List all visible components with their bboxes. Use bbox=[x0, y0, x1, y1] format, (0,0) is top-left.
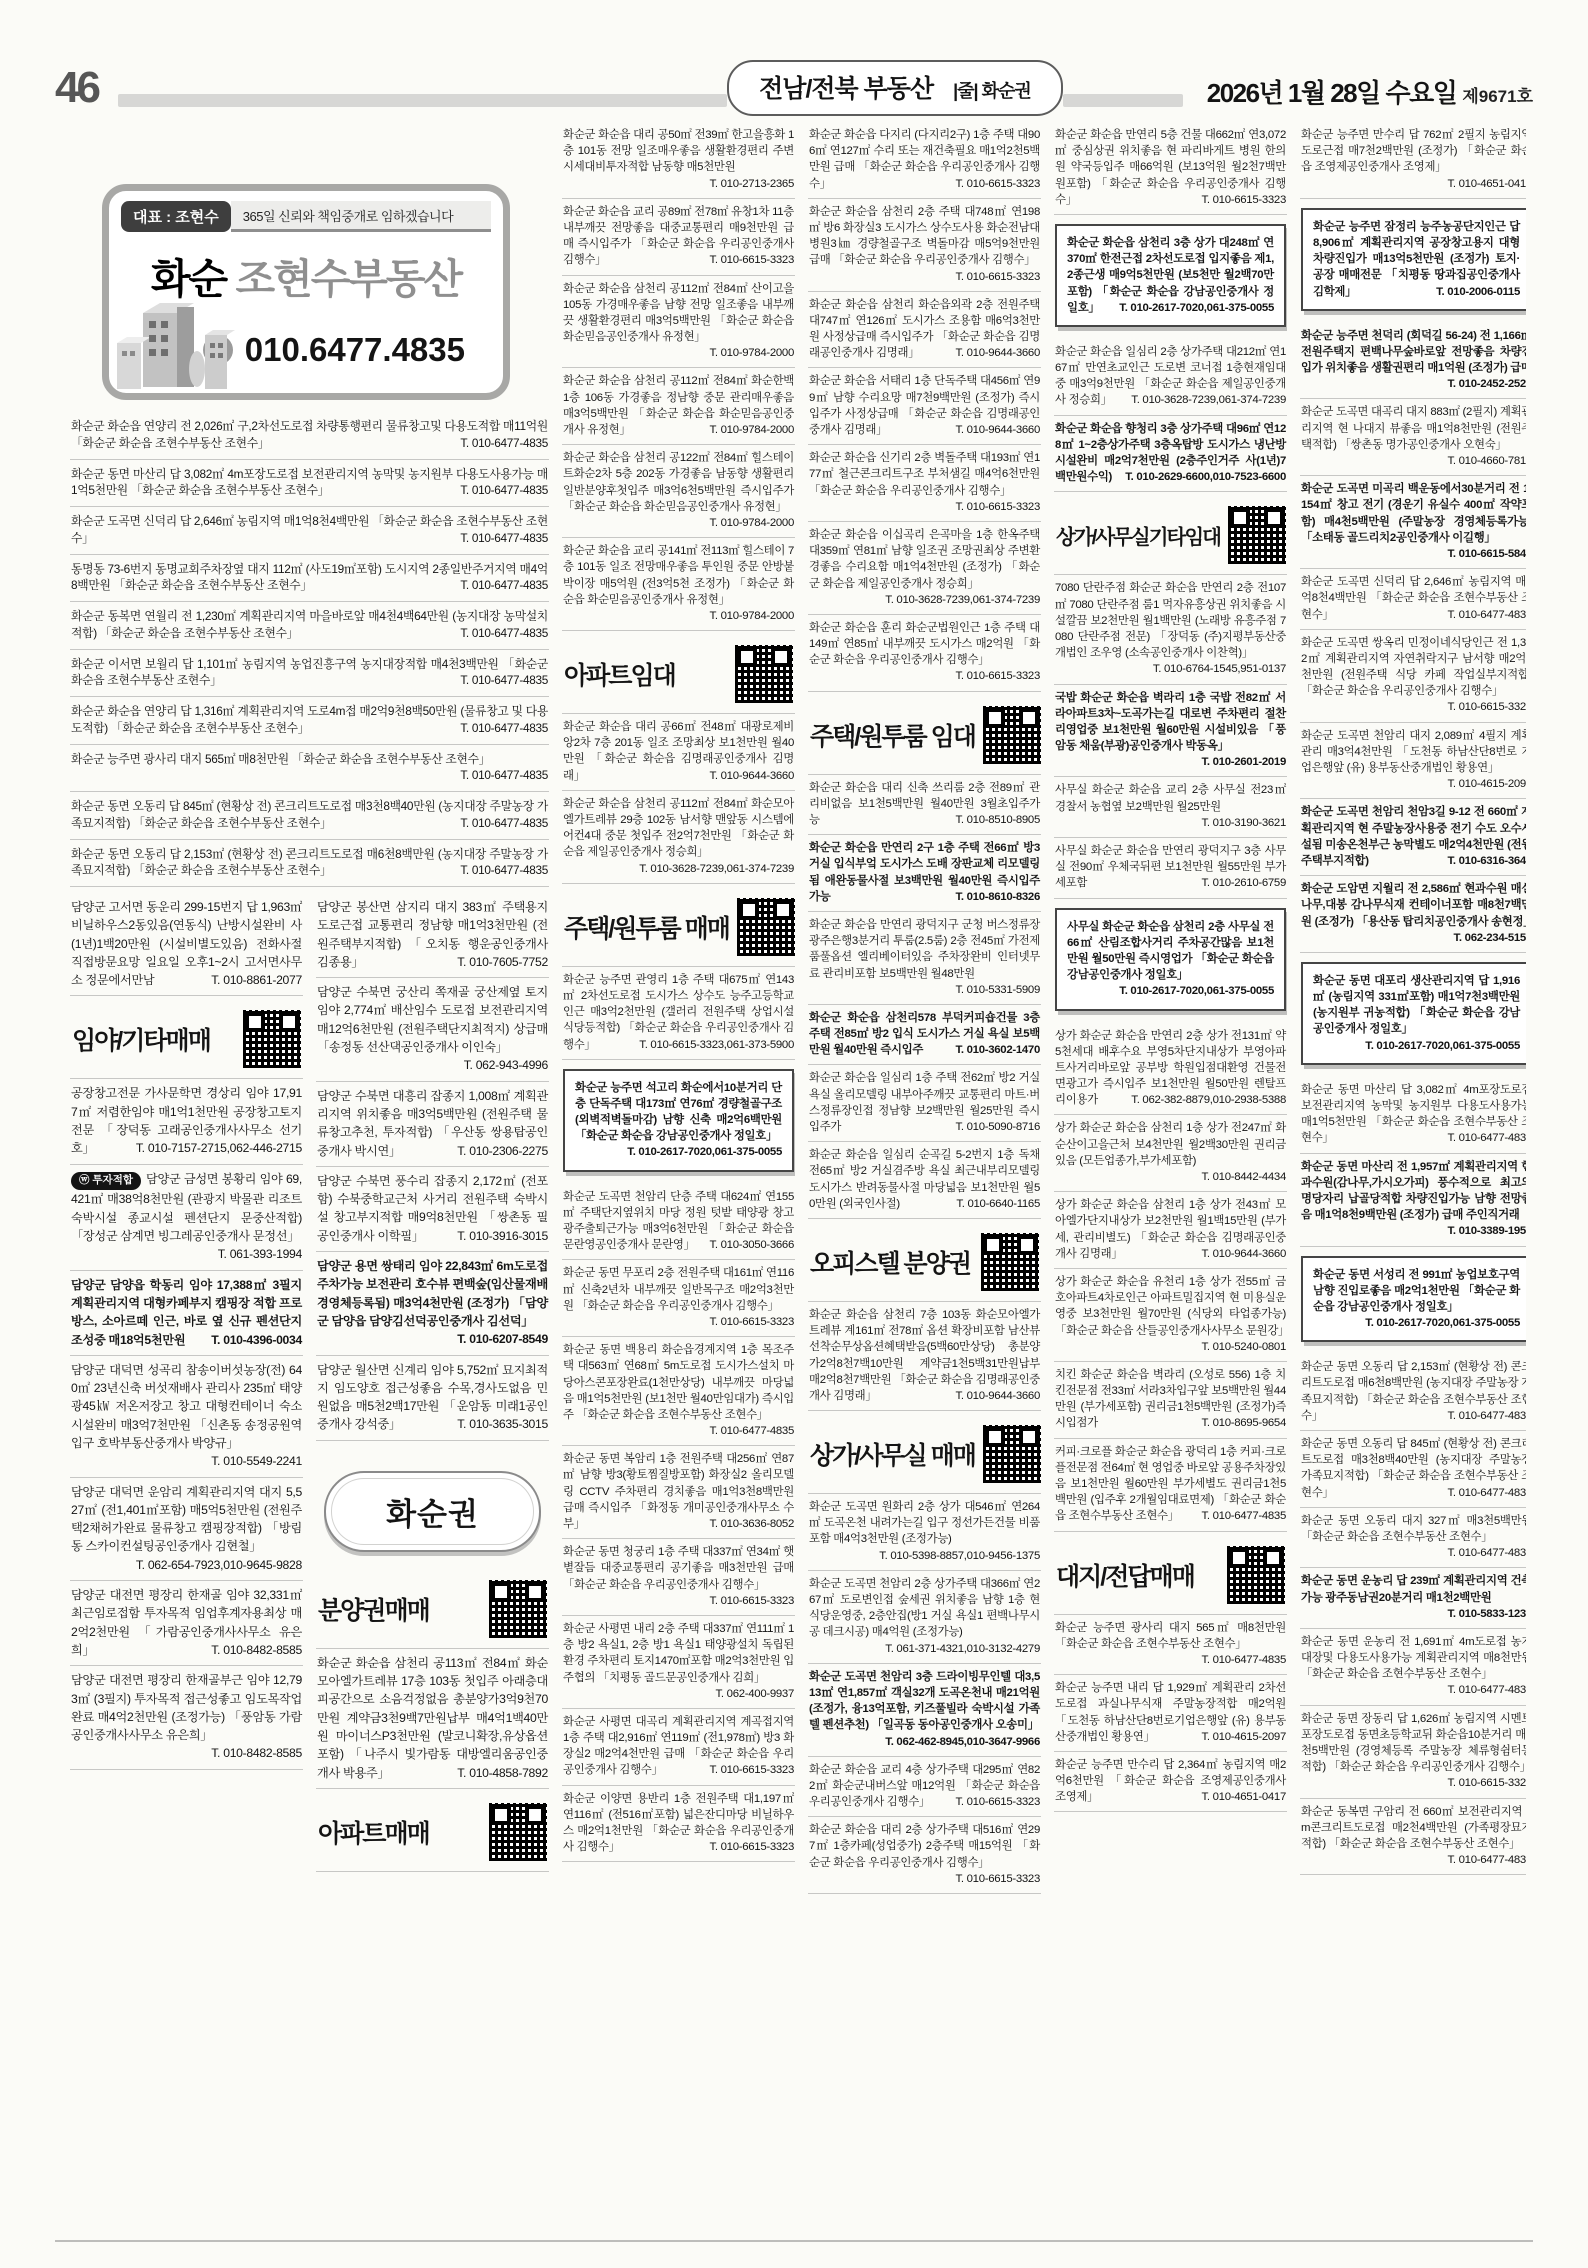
listing-item: 화순군 화순읍 삼천리578 부덕커피숍건물 3층 주택 전85㎡ 방2 입식 … bbox=[808, 1005, 1041, 1066]
listing-item: 공장창고전문 가사문학면 경상리 임야 17,917㎡ 저렴한임야 매1억1천만… bbox=[70, 1079, 303, 1164]
listing-item: 화순군 화순읍 서태리 1층 단독주택 대456㎡ 연99㎡ 남향 수리요망 매… bbox=[808, 368, 1041, 445]
section-title: 아파트임대 bbox=[564, 656, 675, 692]
listing-item: 화순군 도곡면 쌍옥리 민정이네식당인근 전 1,352㎡ 계획관리지역 자연취… bbox=[1300, 630, 1526, 723]
listing-item: 상가 화순군 화순읍 삼천리 1층 상가 전43㎡ 모아엘가단지내상가 보2천만… bbox=[1054, 1192, 1287, 1269]
listing-item: 화순군 이서면 보월리 답 1,101㎡ 농림지역 농업진흥구역 농지대장적합 … bbox=[70, 650, 549, 698]
listing-phone: T. 010-9644-3660 bbox=[956, 422, 1041, 438]
listing-phone: T. 010-6615-3323 bbox=[710, 1762, 795, 1778]
listing-phone: T. 010-6615-3323 bbox=[956, 668, 1041, 684]
listing-text: 화순군 동면 오동리 대지 327㎡ 매3천5백만원 「화순군 화순읍 조현수부… bbox=[1301, 1515, 1526, 1543]
listing-phone: T. 010-8442-4434 bbox=[1202, 1169, 1287, 1185]
listing-item: 화순군 화순읍 일심리 순곡길 5-2번지 1층 독채 전65㎡ 방2 거실겸주… bbox=[808, 1142, 1041, 1219]
listing-phone: T. 010-2306-2275 bbox=[457, 1142, 548, 1160]
listing-item: 화순군 도곡면 천암리 천암3길 9-12 전 660㎡ 계획관리지역 현 주말… bbox=[1300, 799, 1526, 876]
listing-phone: T. 010-3628-7239,061-374-7239 bbox=[1131, 392, 1286, 408]
section-header: 아파트임대 bbox=[562, 631, 795, 714]
listing-item: 담양군 봉산면 삼지리 대지 383㎡ 주택용지 도로근접 교통편리 정남향 매… bbox=[316, 893, 549, 978]
listing-item: 화순군 동면 마산리 답 3,082㎡ 4m포장도로접 보전관리지역 농막및 농… bbox=[70, 460, 549, 508]
listing-item: 화순군 화순읍 일심리 1층 주택 전62㎡ 방2 거실 욕실 올리모델링 내부… bbox=[808, 1065, 1041, 1142]
listing-phone: T. 010-2629-6600,010-7523-6600 bbox=[1125, 469, 1286, 485]
listing-phone: T. 010-5240-0801 bbox=[1202, 1339, 1287, 1355]
listing-text: 화순군 도곡면 대곡리 대지 883㎡ (2필지) 계획관리지역 현 나대지 뷰… bbox=[1301, 406, 1526, 450]
listing-item: 화순군 동면 청궁리 1층 주택 대337㎡ 연34㎡ 햇볕잘듬 대중교통편리 … bbox=[562, 1539, 795, 1616]
listing-phone: T. 010-4660-7817 bbox=[1448, 453, 1527, 469]
listing-item: 화순군 동면 장동리 답 1,626㎡ 농림지역 시멘트포장도로접 동면초등학교… bbox=[1300, 1706, 1526, 1799]
listing-phone: T. 010-5833-1235 bbox=[1448, 1606, 1527, 1622]
listing-phone: T. 010-2601-2019 bbox=[1202, 754, 1287, 770]
listing-phone: T. 010-9784-2000 bbox=[710, 515, 795, 531]
listing-text: 화순군 화순읍 교리 공141㎡ 전113㎡ 힐스테이 7층 101동 일조 전… bbox=[563, 545, 794, 606]
listing-phone: T. 010-6477-4835 bbox=[1448, 1852, 1527, 1868]
listing-phone: T. 010-5331-5909 bbox=[956, 982, 1041, 998]
agency-ad: 대표 : 조현수 365일 신뢰와 책임중개로 임하겠습니다 화순 조현수부동산… bbox=[102, 184, 510, 400]
listing-phone: T. 010-3190-3621 bbox=[1202, 815, 1287, 831]
listing-text: 화순군 화순읍 훈리 화순군법원인근 1층 주택 대149㎡ 연85㎡ 내부깨끗… bbox=[809, 622, 1040, 666]
listing-item: 화순군 화순읍 삼천리 공112㎡ 전84㎡ 산이고을 105동 가경매우좋음 … bbox=[562, 276, 795, 369]
listing-item: 화순군 동면 대포리 생산관리지역 답 1,916㎡ (농림지역 331㎡포함)… bbox=[1301, 962, 1526, 1065]
listing-item: 화순군 능주면 천덕리 (회덕길 56-24) 전 1,166㎡ 전원주택지 편… bbox=[1300, 323, 1526, 400]
section-header: 아파트매매 bbox=[316, 1789, 549, 1872]
listing-item: 7080 단란주점 화순군 화순읍 만연리 2층 전107㎡ 7080 단란주점… bbox=[1054, 575, 1287, 684]
listing-item: 화순군 화순읍 삼천리 공113㎡ 전84㎡ 화순모아엘가트레뷰 17층 103… bbox=[316, 1649, 549, 1789]
listing-phone: T. 010-6477-4835 bbox=[460, 530, 548, 547]
section-header: 임야/기타매매 bbox=[70, 996, 303, 1079]
listing-item: 화순군 화순읍 삼천리 7층 103동 화순모아엘가트레뷰 계161㎡ 전78㎡… bbox=[808, 1302, 1041, 1411]
listing-item: 화순군 동면 복암리 1층 전원주택 대256㎡ 연87㎡ 남향 방3(황토찜질… bbox=[562, 1446, 795, 1539]
agency-phone: 010.6477.4835 bbox=[245, 331, 465, 369]
listing-phone: T. 010-6477-4835 bbox=[460, 482, 548, 499]
listing-item: 화순군 화순읍 만연리 2구 1층 주택 전66㎡ 방3 거실 입식부엌 도시가… bbox=[808, 835, 1041, 912]
listing-item: 화순군 능주면 만수리 답 2,364㎡ 농림지역 매2억6천만원 「화순군 화… bbox=[1054, 1752, 1287, 1813]
listing-item: 화순군 도곡면 천암리 3층 드라이빙무인텔 대3,513㎡ 연1,857㎡ 객… bbox=[808, 1664, 1041, 1757]
listing-item: 화순군 동면 백용리 화순읍경계지역 1층 목조주택 대563㎡ 연68㎡ 5m… bbox=[562, 1337, 795, 1446]
listing-phone: T. 010-6477-4835 bbox=[460, 625, 548, 642]
listing-item: 동명동 73-6번지 동명교회주차장옆 대지 112㎡ (사도19㎡포함) 도시… bbox=[70, 555, 549, 603]
wide-listing-block: 화순군 화순읍 연양리 전 2,026㎡ 구,2차선도로접 차량통행편리 물류창… bbox=[70, 412, 549, 887]
listing-item: 화순군 화순읍 만연리 광덕지구 군청 버스정류장 광주은행3분거리 투룸(2.… bbox=[808, 912, 1041, 1005]
investment-badge: ⓦ 투자적합 bbox=[71, 1172, 141, 1191]
listing-phone: T. 010-4615-2097 bbox=[1448, 776, 1527, 792]
listing-phone: T. 010-3636-8052 bbox=[710, 1516, 795, 1532]
listing-item: 상가 화순군 화순읍 삼천리 1층 상가 전247㎡ 화순산이고을근처 보4천만… bbox=[1054, 1115, 1287, 1192]
listing-item: 상가 화순군 화순읍 유천리 1층 상가 전55㎡ 금호아파트4차로인근 아파트… bbox=[1054, 1269, 1287, 1362]
listing-item: 화순군 화순읍 삼천리 3층 상가 대248㎡ 연370㎡ 한전근접 2차선도로… bbox=[1055, 224, 1286, 327]
listing-item: 담양군 수북면 궁산리 쪽재골 궁산제옆 토지 임야 2,774㎡ 배산임수 도… bbox=[316, 978, 549, 1081]
listing-item: 화순군 화순읍 대리 공66㎡ 전48㎡ 대광로제비앙2차 7층 201동 일조… bbox=[562, 714, 795, 791]
listing-item: 화순군 동면 오동리 대지 327㎡ 매3천5백만원 「화순군 화순읍 조현수부… bbox=[1300, 1508, 1526, 1569]
listing-item: 화순군 동면 마산리 전 1,957㎡ 계획관리지역 현 과수원(감나무,가시오… bbox=[1300, 1154, 1526, 1247]
listing-phone: T. 010-6477-4835 bbox=[460, 720, 548, 737]
listing-phone: T. 010-9784-2000 bbox=[710, 345, 795, 361]
listing-phone: T. 010-6764-1545,951-0137 bbox=[1153, 661, 1286, 677]
section-title: 대지/전답매매 bbox=[1056, 1557, 1194, 1593]
masthead: 46 전남/전북 부동산 |줄| 화순권 2026년 1월 28일 수요일 제9… bbox=[55, 58, 1533, 110]
listing-phone: T. 010-6477-4835 bbox=[1202, 1508, 1287, 1524]
listing-item: 화순군 도곡면 미곡리 백운동에서30분거리 전 1,154㎡ 창고 전기 (경… bbox=[1300, 476, 1526, 569]
listing-item: 화순군 동면 오동리 답 845㎡ (현황상 전) 콘크리트도로접 매3천8백4… bbox=[1300, 1431, 1526, 1508]
section-header: 대지/전답매매 bbox=[1054, 1532, 1287, 1615]
listing-text: 화순군 능주면 광사리 대지 565㎡ 매8천만원 「화순군 화순읍 조현수부동… bbox=[71, 752, 490, 766]
listing-item: 담양군 고서면 동운리 299-15번지 답 1,963㎡ 비닐하우스2동있음(… bbox=[70, 893, 303, 996]
listing-phone: T. 010-2617-7020,061-375-0055 bbox=[1365, 1038, 1520, 1054]
listing-text: 화순군 화순읍 삼천리 공113㎡ 전84㎡ 화순모아엘가트레뷰 17층 103… bbox=[317, 1656, 548, 1780]
listing-item: 담양군 대전면 평장리 한재골 임야 32,331㎡ 최근임로접함 투자목적 임… bbox=[70, 1581, 303, 1666]
listing-text: 화순군 화순읍 삼천리 2층 주택 대748㎡ 연198㎡ 방6 화장실3 도시… bbox=[809, 206, 1040, 267]
listing-item: 화순군 능주면 내리 답 1,929㎡ 계획관리 2차선도로접 과실나무식재 주… bbox=[1054, 1675, 1287, 1752]
listing-text: 화순군 도곡면 천암리 3층 드라이빙무인텔 대3,513㎡ 연1,857㎡ 객… bbox=[809, 1671, 1040, 1732]
section-title: 상가/사무실기타임대 bbox=[1056, 520, 1220, 550]
masthead-date: 2026년 1월 28일 수요일 제9671호 bbox=[1207, 73, 1533, 110]
listing-item: 화순군 동면 무포리 2층 전원주택 대161㎡ 연116㎡ 신축2년차 내부깨… bbox=[562, 1260, 795, 1337]
listing-item: 화순군 화순읍 삼천리 2층 주택 대748㎡ 연198㎡ 방6 화장실3 도시… bbox=[808, 199, 1041, 292]
listing-text: 상가 화순군 화순읍 유천리 1층 상가 전55㎡ 금호아파트4차로인근 아파트… bbox=[1055, 1276, 1287, 1337]
listing-item: 화순군 능주면 석고리 화순에서10분거리 단층 단독주택 대173㎡ 연76㎡… bbox=[563, 1069, 794, 1172]
listing-phone: T. 010-7605-7752 bbox=[457, 953, 548, 971]
listing-text: 담양군 대덕면 운암리 계획관리지역 대지 5,527㎡ (전1,401㎡포함)… bbox=[71, 1485, 302, 1554]
listing-phone: T. 010-5398-8857,010-9456-1375 bbox=[879, 1548, 1040, 1564]
listing-phone: T. 010-2610-6759 bbox=[1202, 875, 1287, 891]
section-title-box: 전남/전북 부동산 |줄| 화순권 bbox=[727, 60, 1063, 116]
buildings-icon bbox=[113, 295, 241, 391]
listing-phone: T. 010-4396-0034 bbox=[211, 1331, 302, 1349]
listing-text: 7080 단란주점 화순군 화순읍 만연리 2층 전107㎡ 7080 단란주점… bbox=[1055, 582, 1286, 659]
listing-item: 화순군 도암면 지월리 전 2,586㎡ 현과수원 매실나무,대봉 감나무식재 … bbox=[1300, 876, 1526, 953]
listing-phone: T. 061-371-4321,010-3132-4279 bbox=[885, 1641, 1040, 1657]
agency-ceo-label: 대표 : 조현수 bbox=[121, 201, 231, 232]
listing-text: 화순군 동면 마산리 전 1,957㎡ 계획관리지역 현 과수원(감나무,가시오… bbox=[1301, 1161, 1526, 1222]
agency-slogan: 365일 신뢰와 책임중개로 임하겠습니다 bbox=[231, 201, 491, 232]
qr-code-icon bbox=[1228, 506, 1286, 564]
listing-phone: T. 010-6477-4835 bbox=[1448, 1408, 1527, 1424]
paper-section-sub: |줄| 화순권 bbox=[953, 77, 1031, 103]
listing-item: ⓦ 투자적합담양군 금성면 봉황리 임야 69,421㎡ 매38억8천만원 (관… bbox=[70, 1165, 303, 1271]
listing-text: 화순군 능주면 석고리 화순에서10분거리 단층 단독주택 대173㎡ 연76㎡… bbox=[575, 1082, 782, 1143]
listing-phone: T. 010-4858-7892 bbox=[457, 1764, 548, 1782]
listing-phone: T. 010-2452-2527 bbox=[1448, 376, 1527, 392]
listing-text: 화순군 동면 운농리 답 239㎡ 계획관리지역 건축가능 광주동남권20분거리… bbox=[1301, 1575, 1526, 1603]
listing-phone: T. 010-2617-7020,061-375-0055 bbox=[1119, 300, 1274, 316]
column-1-2: 대표 : 조현수 365일 신뢰와 책임중개로 임하겠습니다 화순 조현수부동산… bbox=[70, 122, 549, 2234]
paper-section-title: 전남/전북 부동산 bbox=[759, 69, 933, 105]
left-subcolumns: 담양군 고서면 동운리 299-15번지 답 1,963㎡ 비닐하우스2동있음(… bbox=[70, 893, 549, 1872]
qr-code-icon bbox=[489, 1803, 547, 1861]
listing-phone: T. 010-6477-4835 bbox=[460, 862, 548, 879]
listing-item: 화순군 화순읍 일심리 2층 상가주택 대212㎡ 연167㎡ 만연초교인근 도… bbox=[1054, 339, 1287, 416]
listing-text: 화순군 능주면 광사리 대지 565㎡ 매8천만원 「화순군 화순읍 조현수부동… bbox=[1055, 1622, 1286, 1650]
listing-text: 화순군 도곡면 천암리 2층 상가주택 대366㎡ 연267㎡ 도로변인접 숲세… bbox=[809, 1578, 1040, 1639]
listing-text: 화순군 화순읍 이십곡리 은곡마을 1층 한옥주택 대359㎡ 연81㎡ 남향 … bbox=[809, 529, 1040, 590]
listing-phone: T. 010-6615-3323 bbox=[1448, 1775, 1527, 1791]
listing-phone: T. 010-6477-4835 bbox=[460, 815, 548, 832]
listing-item: 사무실 화순군 화순읍 삼천리 2층 사무실 전66㎡ 산림조합사거리 주차공간… bbox=[1055, 908, 1286, 1011]
listing-item: 화순군 도곡면 대곡리 대지 883㎡ (2필지) 계획관리지역 현 나대지 뷰… bbox=[1300, 399, 1526, 476]
listing-phone: T. 010-6615-3323 bbox=[710, 1839, 795, 1855]
listing-item: 화순군 화순읍 삼천리 화순읍외곽 2층 전원주택 대747㎡ 연126㎡ 도시… bbox=[808, 292, 1041, 369]
listing-phone: T. 010-8482-8585 bbox=[211, 1744, 302, 1762]
listing-item: 화순군 도곡면 천암리 단층 주택 대624㎡ 연155㎡ 주택단지옆위치 마당… bbox=[562, 1184, 795, 1261]
listing-item: 화순군 화순읍 훈리 화순군법원인근 1층 주택 대149㎡ 연85㎡ 내부깨끗… bbox=[808, 615, 1041, 692]
listing-text: 화순군 도곡면 미곡리 백운동에서30분거리 전 1,154㎡ 창고 전기 (경… bbox=[1301, 483, 1526, 544]
listing-phone: T. 010-9644-3660 bbox=[956, 345, 1041, 361]
listing-phone: T. 062-462-8945,010-3647-9966 bbox=[885, 1734, 1040, 1750]
listing-item: 화순군 화순읍 교리 공89㎡ 전78㎡ 유창1차 11층 내부깨끗 전망좋음 … bbox=[562, 199, 795, 276]
listing-item: 화순군 능주면 잠정리 능주농공단지인근 답 8,906㎡ 계획관리지역 공장창… bbox=[1301, 208, 1526, 311]
listing-phone: T. 010-6477-4835 bbox=[1448, 607, 1527, 623]
listing-text: 화순군 능주면 천덕리 (회덕길 56-24) 전 1,166㎡ 전원주택지 편… bbox=[1301, 330, 1526, 374]
listing-text: 담양군 수북면 궁산리 쪽재골 궁산제옆 토지 임야 2,774㎡ 배산임수 도… bbox=[317, 985, 548, 1054]
bottom-rule bbox=[55, 2240, 1533, 2242]
listing-text: 화순군 화순읍 삼천리 공122㎡ 전84㎡ 힐스테이트화순2차 5층 202동… bbox=[563, 452, 794, 513]
column-5: 화순군 화순읍 만연리 5층 건물 대662㎡ 연3,072㎡ 중심상권 위치좋… bbox=[1054, 122, 1287, 2234]
listing-item: 담양군 대덕면 성곡리 참송이버섯농장(전) 640㎡ 23년신축 버섯재배사 … bbox=[70, 1356, 303, 1478]
listing-phone: T. 010-9644-3660 bbox=[710, 768, 795, 784]
listing-phone: T. 010-2006-0115 bbox=[1436, 284, 1520, 300]
listing-item: 화순군 능주면 광사리 대지 565㎡ 매8천만원 「화순군 화순읍 조현수부동… bbox=[1054, 1615, 1287, 1676]
listing-item: 담양군 용면 쌍태리 임야 22,843㎡ 6m도로접 주차가능 보전관리 호수… bbox=[316, 1252, 549, 1355]
listing-item: 화순군 화순읍 대리 공50㎡ 전39㎡ 한고을흥화 1층 101동 전망 일조… bbox=[562, 122, 795, 199]
listing-item: 화순군 도곡면 원화리 2층 상가 대546㎡ 연264㎡ 도곡온천 내려가는길… bbox=[808, 1494, 1041, 1571]
listing-text: 화순군 도곡면 원화리 2층 상가 대546㎡ 연264㎡ 도곡온천 내려가는길… bbox=[809, 1501, 1040, 1545]
listing-phone: T. 010-6640-1165 bbox=[956, 1196, 1040, 1212]
listing-phone: T. 010-6615-3323 bbox=[710, 1314, 795, 1330]
section-title: 상가/사무실 매매 bbox=[810, 1436, 975, 1472]
qr-code-icon bbox=[489, 1580, 547, 1638]
listing-phone: T. 010-6615-3323 bbox=[710, 1593, 795, 1609]
listing-phone: T. 010-6477-4835 bbox=[1202, 1652, 1287, 1668]
listing-phone: T. 010-9784-2000 bbox=[710, 608, 795, 624]
listing-item: 화순군 동면 마산리 답 3,082㎡ 4m포장도로접 보전관리지역 농막및 농… bbox=[1300, 1077, 1526, 1154]
listing-phone: T. 010-3628-7239,061-374-7239 bbox=[639, 861, 794, 877]
section-header: 분양권매매 bbox=[316, 1566, 549, 1649]
section-title: 주택/원투룸 임대 bbox=[810, 717, 975, 753]
listing-item: 화순군 화순읍 연양리 답 1,316㎡ 계획관리지역 도로4m접 매2억9천8… bbox=[70, 697, 549, 745]
listing-phone: T. 010-4615-2097 bbox=[1202, 1729, 1287, 1745]
listing-phone: T. 010-6615-3323,061-373-5900 bbox=[639, 1037, 794, 1053]
listing-phone: T. 010-5090-8716 bbox=[956, 1119, 1041, 1135]
listing-phone: T. 010-3635-3015 bbox=[457, 1415, 548, 1433]
listing-phone: T. 010-8861-2077 bbox=[211, 971, 302, 989]
listing-item: 담양군 수북면 풍수리 잡종지 2,172㎡ (전포함) 수북중학교근처 사거리… bbox=[316, 1167, 549, 1252]
agency-ad-header: 대표 : 조현수 365일 신뢰와 책임중개로 임하겠습니다 bbox=[121, 201, 491, 232]
listing-phone: T. 010-4651-0417 bbox=[1202, 1789, 1287, 1805]
section-title: 주택/원투룸 매매 bbox=[564, 909, 729, 945]
listing-text: 화순군 도곡면 천암리 대지 2,089㎡ 4필지 계획관리 매3억4천만원 「… bbox=[1301, 730, 1526, 774]
listing-phone: T. 010-2617-7020,061-375-0055 bbox=[627, 1144, 782, 1160]
listing-text: 화순군 화순읍 대리 2층 상가주택 대516㎡ 연297㎡ 1층카페(성업중가… bbox=[809, 1824, 1040, 1868]
listing-phone: T. 010-3628-7239,061-374-7239 bbox=[885, 592, 1040, 608]
region-pill: 화순권 bbox=[324, 1471, 541, 1552]
section-header: 주택/원투룸 임대 bbox=[808, 692, 1041, 775]
column-3: 화순군 화순읍 대리 공50㎡ 전39㎡ 한고을흥화 1층 101동 전망 일조… bbox=[562, 122, 795, 2234]
listing-text: 화순군 화순읍 삼천리 공112㎡ 전84㎡ 산이고을 105동 가경매우좋음 … bbox=[563, 283, 794, 344]
listing-item: 화순군 동면 오동리 답 2,153㎡ (현황상 전) 콘크리트도로접 매6천8… bbox=[1300, 1354, 1526, 1431]
column-6: 화순군 능주면 만수리 답 762㎡ 2필지 농림지역 도로근접 매7천2백만원… bbox=[1300, 122, 1526, 2234]
listing-text: 국밥 화순군 화순읍 벽라리 1층 국밥 전82㎡ 서라아파트3차~도곡가는길 … bbox=[1055, 692, 1286, 753]
listing-phone: T. 010-6316-3646 bbox=[1448, 853, 1527, 869]
section-title: 분양권매매 bbox=[318, 1591, 429, 1627]
column-1: 담양군 고서면 동운리 299-15번지 답 1,963㎡ 비닐하우스2동있음(… bbox=[70, 893, 303, 1872]
listing-text: 화순군 도곡면 쌍옥리 민정이네식당인근 전 1,352㎡ 계획관리지역 자연취… bbox=[1301, 637, 1526, 698]
masthead-bar-right bbox=[1063, 94, 1183, 107]
listing-phone: T. 010-6615-3323 bbox=[710, 252, 795, 268]
listing-item: 담양군 담양읍 학동리 임야 17,388㎡ 3필지 계획관리지역 대형카페부지… bbox=[70, 1271, 303, 1356]
listing-phone: T. 010-9644-3660 bbox=[1202, 1246, 1287, 1262]
column-2: 담양군 봉산면 삼지리 대지 383㎡ 주택용지 도로근접 교통편리 정남향 매… bbox=[316, 893, 549, 1872]
listing-phone: T. 010-4651-0417 bbox=[1448, 176, 1527, 192]
listing-item: 담양군 대덕면 운암리 계획관리지역 대지 5,527㎡ (전1,401㎡포함)… bbox=[70, 1478, 303, 1581]
listing-text: 담양군 대전면 평장리 한재골부근 임야 12,793㎡ (3필지) 투자목적 … bbox=[71, 1673, 302, 1742]
section-header: 오피스텔 분양권 bbox=[808, 1219, 1041, 1302]
listing-text: 화순군 도암면 지월리 전 2,586㎡ 현과수원 매실나무,대봉 감나무식재 … bbox=[1301, 883, 1526, 927]
qr-code-icon bbox=[243, 1010, 301, 1068]
listing-text: 화순군 사평면 내리 2층 주택 대337㎡ 연111㎡ 1층 방2 욕실1, … bbox=[563, 1623, 794, 1684]
listing-item: 화순군 화순읍 다지리 (다지리2구) 1층 주택 대906㎡ 연127㎡ 수리… bbox=[808, 122, 1041, 199]
listing-item: 화순군 능주면 광사리 대지 565㎡ 매8천만원 「화순군 화순읍 조현수부동… bbox=[70, 745, 549, 793]
listing-phone: T. 010-6615-3323 bbox=[1448, 699, 1527, 715]
listing-phone: T. 010-6477-4835 bbox=[1448, 1130, 1527, 1146]
qr-code-icon bbox=[981, 1233, 1039, 1291]
qr-code-icon bbox=[983, 706, 1041, 764]
listing-text: 담양군 용면 쌍태리 임야 22,843㎡ 6m도로접 주차가능 보전관리 호수… bbox=[317, 1259, 548, 1328]
listing-text: 사무실 화순군 화순읍 교리 2층 사무실 전23㎡ 경찰서 농협옆 보2백만원… bbox=[1055, 784, 1286, 812]
section-header: 상가/사무실기타임대 bbox=[1054, 492, 1287, 575]
listing-item: 담양군 월산면 신계리 임야 5,752㎡ 묘지최적지 임도양호 접근성좋음 수… bbox=[316, 1356, 549, 1441]
qr-code-icon bbox=[735, 645, 793, 703]
listing-phone: T. 010-6615-5846 bbox=[1448, 546, 1527, 562]
listing-phone: T. 010-6477-4835 bbox=[460, 435, 548, 452]
listing-item: 상가 화순군 화순읍 만연리 2층 상가 전131㎡ 약5천세대 배후수요 부영… bbox=[1054, 1023, 1287, 1116]
listing-phone: T. 010-6477-4835 bbox=[710, 1423, 795, 1439]
listing-phone: T. 010-3389-1959 bbox=[1448, 1223, 1527, 1239]
listing-item: 화순군 화순읍 교리 4층 상가주택 대295㎡ 연822㎡ 화순군내버스앞 매… bbox=[808, 1757, 1041, 1818]
listing-phone: T. 010-6477-4835 bbox=[460, 672, 548, 689]
listing-text: 화순군 동면 운농리 전 1,691㎡ 4m도로접 농지대장및 다용도사용가능 … bbox=[1301, 1636, 1526, 1680]
listing-text: 화순군 동복면 구암리 전 660㎡ 보전관리지역 4m콘크리트도로접 매2천4… bbox=[1301, 1806, 1526, 1850]
listing-item: 화순군 동면 운농리 답 239㎡ 계획관리지역 건축가능 광주동남권20분거리… bbox=[1300, 1568, 1526, 1629]
listing-phone: T. 010-3050-3666 bbox=[710, 1237, 795, 1253]
listing-item: 화순군 도곡면 신덕리 답 2,646㎡ 농림지역 매1억8천4백만원 「화순군… bbox=[1300, 569, 1526, 630]
listing-item: 화순군 도곡면 천암리 2층 상가주택 대366㎡ 연267㎡ 도로변인접 숲세… bbox=[808, 1571, 1041, 1664]
listing-item: 화순군 화순읍 교리 공141㎡ 전113㎡ 힐스테이 7층 101동 일조 전… bbox=[562, 538, 795, 631]
listing-phone: T. 010-6477-4835 bbox=[460, 767, 548, 784]
listing-item: 화순군 화순읍 연양리 전 2,026㎡ 구,2차선도로접 차량통행편리 물류창… bbox=[70, 412, 549, 460]
listing-item: 화순군 동면 운농리 전 1,691㎡ 4m도로접 농지대장및 다용도사용가능 … bbox=[1300, 1629, 1526, 1706]
listing-phone: T. 062-654-7923,010-9645-9828 bbox=[136, 1556, 302, 1574]
listing-item: 화순군 도곡면 신덕리 답 2,646㎡ 농림지역 매1억8천4백만원 「화순군… bbox=[70, 507, 549, 555]
listing-phone: T. 062-234-5154 bbox=[1454, 930, 1526, 946]
qr-code-icon bbox=[983, 1425, 1041, 1483]
listing-text: 화순군 동면 무포리 2층 전원주택 대161㎡ 연116㎡ 신축2년차 내부깨… bbox=[563, 1267, 794, 1311]
listing-phone: T. 010-8695-9654 bbox=[1202, 1415, 1287, 1431]
listing-item: 화순군 화순읍 대리 2층 상가주택 대516㎡ 연297㎡ 1층카페(성업중가… bbox=[808, 1817, 1041, 1894]
listing-item: 사무실 화순군 화순읍 교리 2층 사무실 전23㎡ 경찰서 농협옆 보2백만원… bbox=[1054, 777, 1287, 838]
listing-text: 화순군 동면 대포리 생산관리지역 답 1,916㎡ (농림지역 331㎡포함)… bbox=[1313, 975, 1520, 1036]
listing-item: 화순군 도곡면 천암리 대지 2,089㎡ 4필지 계획관리 매3억4천만원 「… bbox=[1300, 723, 1526, 800]
listing-phone: T. 010-6477-4835 bbox=[460, 577, 548, 594]
listing-item: 화순군 화순읍 삼천리 공112㎡ 전84㎡ 화순한백 1층 106동 가경좋음… bbox=[562, 368, 795, 445]
section-header: 상가/사무실 매매 bbox=[808, 1411, 1041, 1494]
listing-phone: T. 061-393-1994 bbox=[218, 1245, 302, 1263]
issue-number: 제9671호 bbox=[1462, 82, 1533, 107]
listing-item: 화순군 화순읍 이십곡리 은곡마을 1층 한옥주택 대359㎡ 연81㎡ 남향 … bbox=[808, 522, 1041, 615]
listing-text: 화순군 화순읍 삼천리 공112㎡ 전84㎡ 화순모아엘가트레뷰 29층 102… bbox=[563, 798, 794, 859]
listing-item: 화순군 화순읍 삼천리 공122㎡ 전84㎡ 힐스테이트화순2차 5층 202동… bbox=[562, 445, 795, 538]
listing-item: 화순군 화순읍 향청리 3층 상가주택 대96㎡ 연128㎡ 1~2층상가주택 … bbox=[1054, 416, 1287, 493]
listing-text: 담양군 대덕면 성곡리 참송이버섯농장(전) 640㎡ 23년신축 버섯재배사 … bbox=[71, 1363, 302, 1450]
section-title: 임야/기타매매 bbox=[72, 1021, 210, 1057]
section-title: 오피스텔 분양권 bbox=[810, 1244, 970, 1280]
classifieds-grid: 대표 : 조현수 365일 신뢰와 책임중개로 임하겠습니다 화순 조현수부동산… bbox=[70, 122, 1526, 2234]
listing-item: 화순군 동복면 구암리 전 660㎡ 보전관리지역 4m콘크리트도로접 매2천4… bbox=[1300, 1799, 1526, 1876]
listing-text: 화순군 능주면 만수리 답 762㎡ 2필지 농림지역 도로근접 매7천2백만원… bbox=[1301, 129, 1526, 173]
listing-phone: T. 010-9784-2000 bbox=[710, 422, 795, 438]
listing-item: 화순군 이양면 용반리 1층 전원주택 대1,197㎡ 연116㎡ (전516㎡… bbox=[562, 1786, 795, 1863]
listing-phone: T. 010-6615-3323 bbox=[956, 1871, 1041, 1887]
date-text: 2026년 1월 28일 수요일 bbox=[1207, 73, 1457, 110]
listing-text: 화순군 동면 서성리 전 991㎡ 농업보호구역 남향 진입로좋음 매2억1천만… bbox=[1313, 1269, 1520, 1313]
masthead-bar-left bbox=[118, 94, 727, 107]
listing-item: 사무실 화순군 화순읍 만연리 광덕지구 3층 사무실 전90㎡ 우체국뒤편 보… bbox=[1054, 838, 1287, 899]
listing-phone: T. 010-9644-3660 bbox=[956, 1388, 1041, 1404]
listing-item: 화순군 동면 오동리 답 2,153㎡ (현황상 전) 콘크리트도로접 매6천8… bbox=[70, 840, 549, 888]
listing-item: 화순군 동복면 연월리 전 1,230㎡ 계획관리지역 마을바로앞 매4천4백6… bbox=[70, 602, 549, 650]
listing-phone: T. 010-6615-3323 bbox=[1202, 192, 1287, 208]
listing-item: 화순군 동면 오동리 답 845㎡ (현황상 전) 콘크리트도로접 매3천8백4… bbox=[70, 792, 549, 840]
listing-text: 화순군 동면 백용리 화순읍경계지역 1층 목조주택 대563㎡ 연68㎡ 5m… bbox=[563, 1344, 794, 1421]
listing-text: 화순군 화순읍 대리 공50㎡ 전39㎡ 한고을흥화 1층 101동 전망 일조… bbox=[563, 129, 794, 173]
listing-phone: T. 010-2617-7020,061-375-0055 bbox=[1119, 983, 1274, 999]
listing-phone: T. 062-382-8879,010-2938-5388 bbox=[1131, 1092, 1286, 1108]
listing-phone: T. 010-6477-4835 bbox=[1448, 1682, 1527, 1698]
listing-text: 상가 화순군 화순읍 삼천리 1층 상가 전247㎡ 화순산이고을근처 보4천만… bbox=[1055, 1122, 1286, 1166]
page-number: 46 bbox=[55, 66, 98, 110]
listing-item: 화순군 동면 서성리 전 991㎡ 농업보호구역 남향 진입로좋음 매2억1천만… bbox=[1301, 1256, 1526, 1343]
column-4: 화순군 화순읍 다지리 (다지리2구) 1층 주택 대906㎡ 연127㎡ 수리… bbox=[808, 122, 1041, 2234]
listing-phone: T. 010-3602-1470 bbox=[956, 1042, 1041, 1058]
listing-item: 화순군 화순읍 만연리 5층 건물 대662㎡ 연3,072㎡ 중심상권 위치좋… bbox=[1054, 122, 1287, 215]
listing-item: 화순군 능주면 만수리 답 762㎡ 2필지 농림지역 도로근접 매7천2백만원… bbox=[1300, 122, 1526, 199]
listing-phone: T. 010-6477-4835 bbox=[1448, 1545, 1527, 1561]
listing-phone: T. 010-7157-2715,062-446-2715 bbox=[136, 1139, 302, 1157]
listing-phone: T. 010-5549-2241 bbox=[211, 1452, 302, 1470]
section-title: 아파트매매 bbox=[318, 1814, 429, 1850]
listing-phone: T. 010-8510-8905 bbox=[956, 812, 1041, 828]
listing-item: 화순군 사평면 내리 2층 주택 대337㎡ 연111㎡ 1층 방2 욕실1, … bbox=[562, 1616, 795, 1709]
listing-phone: T. 010-8482-8585 bbox=[211, 1641, 302, 1659]
listing-phone: T. 010-6207-8549 bbox=[457, 1330, 548, 1348]
listing-text: 사무실 화순군 화순읍 삼천리 2층 사무실 전66㎡ 산림조합사거리 주차공간… bbox=[1067, 921, 1274, 982]
listing-item: 담양군 대전면 평장리 한재골부근 임야 12,793㎡ (3필지) 투자목적 … bbox=[70, 1666, 303, 1769]
listing-item: 화순군 화순읍 대리 신축 쓰리룸 2층 전89㎡ 관리비없음 보1천5백만원 … bbox=[808, 775, 1041, 836]
listing-item: 화순군 사평면 대곡리 계획관리지역 계곡접지역 1층 주택 대2,916㎡ 연… bbox=[562, 1709, 795, 1786]
listing-phone: T. 010-2617-7020,061-375-0055 bbox=[1365, 1315, 1520, 1331]
qr-code-icon bbox=[737, 898, 795, 956]
listing-item: 치킨 화순군 화순읍 벽라리 (오성로 556) 1층 치킨전문점 전33㎡ 서… bbox=[1054, 1362, 1287, 1439]
listing-item: 커피·크로플 화순군 화순읍 광덕리 1층 커피·크로플전문점 전64㎡ 현 영… bbox=[1054, 1439, 1287, 1532]
section-header: 주택/원투룸 매매 bbox=[562, 884, 795, 967]
listing-item: 담양군 수북면 대흥리 잡종지 1,008㎡ 계획관리지역 위치좋음 매3억5백… bbox=[316, 1082, 549, 1167]
listing-phone: T. 062-400-9937 bbox=[716, 1686, 794, 1702]
listing-phone: T. 010-8610-8326 bbox=[956, 889, 1041, 905]
listing-phone: T. 010-3916-3015 bbox=[457, 1227, 548, 1245]
listing-phone: T. 062-943-4996 bbox=[464, 1056, 548, 1074]
listing-phone: T. 010-6615-3323 bbox=[956, 499, 1041, 515]
listing-phone: T. 010-6615-3323 bbox=[956, 269, 1041, 285]
listing-item: 국밥 화순군 화순읍 벽라리 1층 국밥 전82㎡ 서라아파트3차~도곡가는길 … bbox=[1054, 685, 1287, 778]
listing-phone: T. 010-6615-3323 bbox=[956, 176, 1041, 192]
listing-text: 화순군 동면 청궁리 1층 주택 대337㎡ 연34㎡ 햇볕잘듬 대중교통편리 … bbox=[563, 1546, 794, 1590]
listing-text: 화순군 화순읍 만연리 광덕지구 군청 버스정류장 광주은행3분거리 투룸(2.… bbox=[809, 919, 1040, 980]
